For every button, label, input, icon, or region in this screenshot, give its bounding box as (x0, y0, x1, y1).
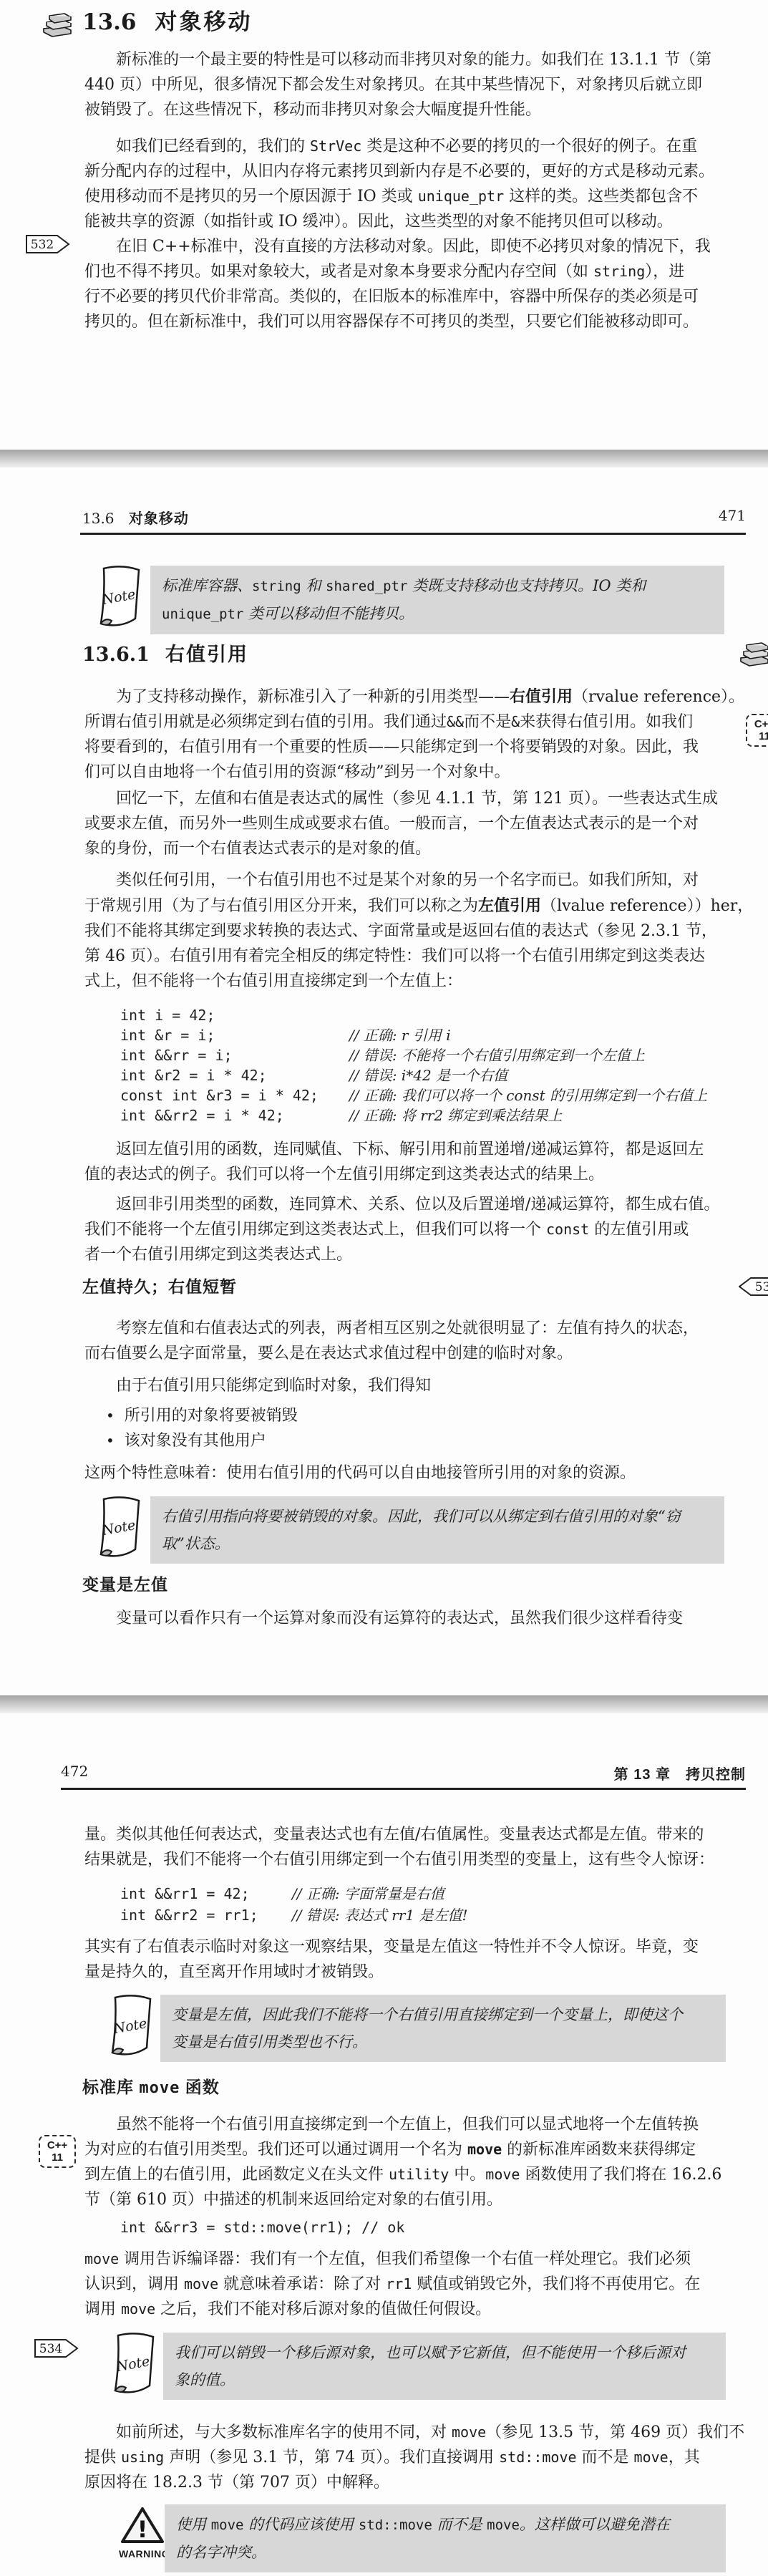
code-line: int &&rr1 = 42;// 正确: 字面常量是右值 (120, 1883, 468, 1904)
books-stack-icon (737, 638, 768, 671)
text-line: 式上，但不能将一个右值引用直接绑定到一个左值上： (84, 969, 727, 994)
subsection-number: 13.6.1 (82, 644, 150, 666)
text-line: 量。类似其他任何表达式，变量表达式也有左值/右值属性。变量表达式都是左值。带来的 (84, 1822, 727, 1847)
text-line: 或要求左值，而另外一些则生成或要求右值。一般而言，一个左值表达式表示的是一个对 (84, 811, 727, 836)
page-header: 第 13 章 拷贝控制 (460, 1763, 746, 1783)
text-line: 们也不得不拷贝。如果对象较大，或者是对象本身要求分配内存空间（如 string）… (84, 259, 727, 284)
code-line: int &&rr3 = std::move(rr1); // ok (120, 2217, 404, 2238)
text-line: 的名字冲突。 (176, 2539, 714, 2566)
code-comment: // 正确: 我们可以将一个 const 的引用绑定到一个右值上 (349, 1087, 707, 1104)
code-comment: // 错误: i*42 是一个右值 (349, 1067, 507, 1084)
text-line: 将要看到的，右值引用有一个重要的性质——只能绑定到一个将要销毁的对象。因此，我 (84, 735, 727, 760)
margin-page-number: 534 (39, 2342, 62, 2356)
books-stack-icon (40, 9, 73, 42)
text-line: 者一个右值引用绑定到这类表达式上。 (84, 1242, 727, 1267)
text-line: 认识到，调用 move 就意味着承诺：除了对 rr1 赋值或销毁它外，我们将不再… (84, 2272, 727, 2297)
note-box: 右值引用指向将要被销毁的对象。因此，我们可以从绑定到右值引用的对象“窃取”状态。 (150, 1496, 724, 1564)
code-text: int &&rr3 = std::move(rr1); // ok (120, 2217, 404, 2238)
code-line: const int &r3 = i * 42;// 正确: 我们可以将一个 co… (120, 1085, 707, 1105)
text-line: 新分配内存的过程中，从旧内存将元素拷贝到新内存是不必要的，更好的方式是移动元素。 (84, 159, 727, 184)
text-line: 返回非引用类型的函数，连同算术、关系、位以及后置递增/递减运算符，都生成右值。 (84, 1192, 727, 1217)
code-text: int &r2 = i * 42; (120, 1065, 349, 1085)
text-line: 象的值。 (175, 2366, 714, 2393)
text-line: 提供 using 声明（参见 3.1 节，第 74 页）。我们直接调用 std:… (84, 2445, 727, 2470)
text-line: 节（第 610 页）中描述的机制来返回给定对象的右值引用。 (84, 2187, 727, 2212)
run-in-heading: 左值持久；右值短暂 (82, 1274, 237, 1299)
text-line: 如我们已经看到的，我们的 StrVec 类是这种不必要的拷贝的一个很好的例子。在… (84, 134, 727, 159)
run-in-heading: 变量是左值 (82, 1572, 168, 1597)
text-line: 虽然不能将一个右值引用直接绑定到一个左值上，但我们可以显式地将一个左值转换 (84, 2112, 727, 2137)
text-line: 行不必要的拷贝代价非常高。类似的，在旧版本的标准库中，容器中所保存的类必须是可 (84, 284, 727, 309)
paragraph: 其实有了右值表示临时对象这一观察结果，变量是左值这一特性并不令人惊讶。毕竟，变量… (84, 1935, 727, 1985)
paragraph: move 调用告诉编译器：我们有一个左值，但我们希望像一个右值一样处理它。我们必… (84, 2247, 727, 2322)
text-line: 标准库容器、string 和 shared_ptr 类既支持移动也支持拷贝。IO… (162, 572, 713, 600)
paragraph: 由于右值引用只能绑定到临时对象，我们得知 (84, 1373, 727, 1398)
running-chapter-title: 第 13 章 拷贝控制 (614, 1767, 746, 1783)
text-line: 量是持久的，直至离开作用域时才被销毁。 (84, 1960, 727, 1985)
header-rule (61, 1788, 746, 1790)
header-rule (80, 533, 746, 535)
section-number: 13.6 (82, 9, 137, 35)
book-page-scan: 13.6对象移动 新标准的一个最主要的特性是可以移动而非拷贝对象的能力。如我们在… (0, 0, 768, 2576)
text-line: 我们可以销毁一个移后源对象，也可以赋予它新值，但不能使用一个移后源对 (175, 2339, 714, 2366)
code-block: int i = 42;int &r = i;// 正确: r 引用 iint &… (120, 1005, 707, 1125)
note-box: 变量是左值，因此我们不能将一个右值引用直接绑定到一个变量上，即使这个变量是右值引… (160, 1995, 726, 2062)
running-section-number: 13.6 (82, 510, 115, 527)
text-line: 能被共享的资源（如指针或 IO 缓冲）。因此，这些类型的对象不能拷贝但可以移动。 (84, 209, 727, 234)
margin-page-number: 533 (755, 1280, 768, 1294)
text-line: 结果就是，我们不能将一个右值引用绑定到一个右值引用类型的变量上，这有些令人惊讶： (84, 1847, 727, 1872)
paragraph: 类似任何引用，一个右值引用也不过是某个对象的另一个名字而已。如我们所知，对于常规… (84, 868, 727, 994)
page-number: 472 (61, 1763, 88, 1780)
paragraph: 虽然不能将一个右值引用直接绑定到一个左值上，但我们可以显式地将一个左值转换为对应… (84, 2112, 727, 2212)
paragraph: 这两个特性意味着：使用右值引用的代码可以自由地接管所引用的对象的资源。 (84, 1461, 727, 1486)
text-line: 这两个特性意味着：使用右值引用的代码可以自由地接管所引用的对象的资源。 (84, 1461, 727, 1486)
note-icon: Note (93, 1495, 145, 1561)
text-line: 如前所述，与大多数标准库名字的使用不同，对 move（参见 13.5 节，第 4… (84, 2420, 727, 2445)
text-line: 拷贝的。但在新标准中，我们可以用容器保存不可拷贝的类型，只要它们能被移动即可。 (84, 309, 727, 334)
text-line: 于常规引用（为了与右值引用区分开来，我们可以称之为左值引用（lvalue ref… (84, 893, 727, 919)
margin-page-marker: 533 (739, 1277, 768, 1299)
paragraph: 回忆一下，左值和右值是表达式的属性（参见 4.1.1 节，第 121 页）。一些… (84, 786, 727, 861)
code-text: int &&rr1 = 42; (120, 1883, 292, 1904)
text-line: 在旧 C++标准中，没有直接的方法移动对象。因此，即使不必拷贝对象的情况下，我 (84, 234, 727, 259)
paragraph: 新标准的一个最主要的特性是可以移动而非拷贝对象的能力。如我们在 13.1.1 节… (84, 47, 727, 122)
page-header: 13.6 对象移动 (82, 507, 189, 528)
running-section-title: 对象移动 (129, 511, 189, 527)
text-line: unique_ptr 类可以移动但不能拷贝。 (162, 600, 713, 628)
text-line: 第 46 页）。右值引用有着完全相反的绑定特性：我们可以将一个右值引用绑定到这类… (84, 944, 727, 969)
text-line: 考察左值和右值表达式的列表，两者相互区别之处就很明显了：左值有持久的状态， (84, 1316, 727, 1341)
code-line: int &&rr = i;// 错误: 不能将一个右值引用绑定到一个左值上 (120, 1045, 707, 1065)
code-line: int &r2 = i * 42;// 错误: i*42 是一个右值 (120, 1065, 707, 1085)
note-icon: Note (104, 1993, 156, 2059)
code-block: int &&rr1 = 42;// 正确: 字面常量是右值int &&rr2 =… (120, 1883, 468, 1926)
text-line: 调用 move 之后，我们不能对移后源对象的值做任何假设。 (84, 2297, 727, 2322)
code-line: int &&rr2 = i * 42;// 正确: 将 rr2 绑定到乘法结果上 (120, 1105, 707, 1125)
bullet-list: •所引用的对象将要被销毁 •该对象没有其他用户 (106, 1403, 298, 1453)
text-line: 们可以自由地将一个右值引用的资源“移动”到另一个对象中。 (84, 760, 727, 785)
note-box: 标准库容器、string 和 shared_ptr 类既支持移动也支持拷贝。IO… (150, 566, 724, 634)
paragraph: 返回左值引用的函数，连同赋值、下标、解引用和前置递增/递减运算符，都是返回左值的… (84, 1137, 727, 1187)
paragraph: 在旧 C++标准中，没有直接的方法移动对象。因此，即使不必拷贝对象的情况下，我们… (84, 234, 727, 334)
cpp11-badge: C++ 11 (746, 714, 768, 747)
text-line: 为了支持移动操作，新标准引入了一种新的引用类型——右值引用（rvalue ref… (84, 684, 727, 710)
text-line: 右值引用指向将要被销毁的对象。因此，我们可以从绑定到右值引用的对象“窃 (162, 1503, 713, 1530)
code-comment: // 正确: r 引用 i (349, 1027, 451, 1044)
text-line: 由于右值引用只能绑定到临时对象，我们得知 (84, 1373, 727, 1398)
text-line: 原因将在 18.2.3 节（第 707 页）中解释。 (84, 2470, 727, 2495)
text-line: 使用移动而不是拷贝的另一个原因源于 IO 类或 unique_ptr 这样的类。… (84, 184, 727, 209)
text-line: 而右值要么是字面常量，要么是在表达式求值过程中创建的临时对象。 (84, 1341, 727, 1366)
margin-page-marker: 534 (34, 2338, 79, 2361)
bullet-icon: • (106, 1432, 115, 1449)
text-line: 值的表达式的例子。我们可以将一个左值引用绑定到这类表达式的结果上。 (84, 1162, 727, 1187)
code-text: int &&rr = i; (120, 1045, 349, 1065)
note-icon: Note (107, 2331, 159, 2397)
text-line: 返回左值引用的函数，连同赋值、下标、解引用和前置递增/递减运算符，都是返回左 (84, 1137, 727, 1162)
text-line: 使用 move 的代码应该使用 std::move 而不是 move。这样做可以… (176, 2511, 714, 2539)
paragraph: 量。类似其他任何表达式，变量表达式也有左值/右值属性。变量表达式都是左值。带来的… (84, 1822, 727, 1872)
run-in-heading: 标准库 move 函数 (82, 2075, 220, 2101)
code-comment: // 正确: 将 rr2 绑定到乘法结果上 (349, 1107, 563, 1124)
text-line: 所谓右值引用就是必须绑定到右值的引用。我们通过&&而不是&来获得右值引用。如我们 (84, 710, 727, 735)
list-item: •所引用的对象将要被销毁 (106, 1403, 298, 1428)
paragraph: 如我们已经看到的，我们的 StrVec 类是这种不必要的拷贝的一个很好的例子。在… (84, 134, 727, 234)
margin-page-number: 532 (31, 238, 54, 252)
code-line: int &&rr2 = rr1;// 错误: 表达式 rr1 是左值! (120, 1904, 468, 1926)
warning-icon: ! WARNING (119, 2506, 166, 2559)
text-line: 变量是左值，因此我们不能将一个右值引用直接绑定到一个变量上，即使这个 (172, 2001, 714, 2028)
code-block: int &&rr3 = std::move(rr1); // ok (120, 2217, 404, 2238)
code-text: int &&rr2 = i * 42; (120, 1105, 349, 1125)
paragraph: 考察左值和右值表达式的列表，两者相互区别之处就很明显了：左值有持久的状态，而右值… (84, 1316, 727, 1366)
text-line: 变量可以看作只有一个运算对象而没有运算符的表达式，虽然我们很少这样看待变 (84, 1606, 727, 1631)
text-line: 新标准的一个最主要的特性是可以移动而非拷贝对象的能力。如我们在 13.1.1 节… (84, 47, 727, 72)
paragraph: 为了支持移动操作，新标准引入了一种新的引用类型——右值引用（rvalue ref… (84, 684, 727, 785)
section-title: 对象移动 (155, 9, 253, 34)
code-text: const int &r3 = i * 42; (120, 1085, 349, 1105)
note-box: 我们可以销毁一个移后源对象，也可以赋予它新值，但不能使用一个移后源对象的值。 (163, 2333, 726, 2400)
subsection-heading: 13.6.1右值引用 (82, 640, 248, 669)
list-item: •该对象没有其他用户 (106, 1428, 298, 1453)
code-comment: // 正确: 字面常量是右值 (292, 1885, 444, 1902)
code-comment: // 错误: 表达式 rr1 是左值! (292, 1907, 468, 1924)
paragraph: 如前所述，与大多数标准库名字的使用不同，对 move（参见 13.5 节，第 4… (84, 2420, 727, 2495)
paragraph: 变量可以看作只有一个运算对象而没有运算符的表达式，虽然我们很少这样看待变 (84, 1606, 727, 1631)
text-line: 到左值上的右值引用，此函数定义在头文件 utility 中。move 函数使用了… (84, 2162, 727, 2187)
warning-label: WARNING (119, 2549, 166, 2559)
bullet-icon: • (106, 1407, 115, 1424)
text-line: 我们不能将一个左值引用绑定到这类表达式上，但我们可以将一个 const 的左值引… (84, 1217, 727, 1242)
margin-page-marker: 532 (26, 234, 70, 257)
page-divider (0, 450, 768, 468)
text-line: 象的身份，而一个右值表达式表示的是对象的值。 (84, 836, 727, 861)
exclamation-icon: ! (137, 2516, 148, 2543)
code-text: int i = 42; (120, 1005, 349, 1025)
paragraph: 返回非引用类型的函数，连同算术、关系、位以及后置递增/递减运算符，都生成右值。我… (84, 1192, 727, 1267)
code-comment: // 错误: 不能将一个右值引用绑定到一个左值上 (349, 1047, 645, 1064)
section-heading: 13.6对象移动 (82, 6, 253, 39)
code-text: int &&rr2 = rr1; (120, 1904, 292, 1926)
code-line: int &r = i;// 正确: r 引用 i (120, 1025, 707, 1045)
text-line: 我们不能将其绑定到要求转换的表达式、字面常量或是返回右值的表达式（参见 2.3.… (84, 919, 727, 944)
warning-box: 使用 move 的代码应该使用 std::move 而不是 move。这样做可以… (165, 2504, 726, 2572)
note-icon: Note (93, 564, 145, 630)
text-line: 变量是右值引用类型也不行。 (172, 2028, 714, 2056)
text-line: 其实有了右值表示临时对象这一观察结果，变量是左值这一特性并不令人惊讶。毕竟，变 (84, 1935, 727, 1960)
text-line: 取”状态。 (162, 1530, 713, 1557)
text-line: 回忆一下，左值和右值是表达式的属性（参见 4.1.1 节，第 121 页）。一些… (84, 786, 727, 811)
code-text: int &r = i; (120, 1025, 349, 1045)
page-divider (0, 1695, 768, 1713)
cpp11-badge: C++ 11 (39, 2135, 76, 2168)
subsection-title: 右值引用 (165, 644, 248, 665)
page-number: 471 (705, 507, 746, 524)
text-line: move 调用告诉编译器：我们有一个左值，但我们希望像一个右值一样处理它。我们必… (84, 2247, 727, 2272)
text-line: 被销毁了。在这些情况下，移动而非拷贝对象会大幅度提升性能。 (84, 97, 727, 122)
text-line: 440 页）中所见，很多情况下都会发生对象拷贝。在其中某些情况下，对象拷贝后就立… (84, 72, 727, 97)
text-line: 为对应的右值引用类型。我们还可以通过调用一个名为 move 的新标准库函数来获得… (84, 2137, 727, 2162)
text-line: 类似任何引用，一个右值引用也不过是某个对象的另一个名字而已。如我们所知，对 (84, 868, 727, 893)
code-line: int i = 42; (120, 1005, 707, 1025)
